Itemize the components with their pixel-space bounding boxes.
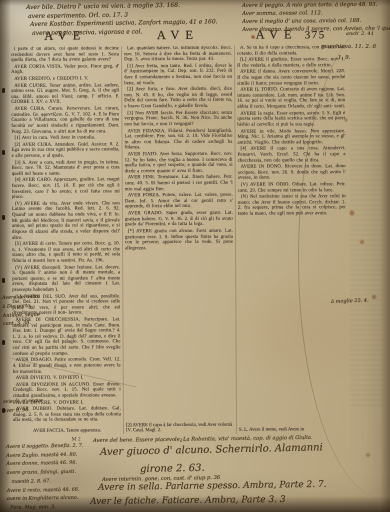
text-columns: i parte d' un altare, col quale dedussi … [9, 45, 349, 435]
entry-paragraph: [1] Aver in cura. Vedi Aver in custodia. [11, 135, 119, 141]
annotation-bottom-line-3: girone 2. 63. [140, 463, 205, 475]
entry-paragraph: (V) AVERE da vita. Aver onde vivere. Che… [12, 201, 120, 241]
column-2: Lat. quandam habere. Gr. infinitum dysco… [121, 46, 237, 435]
column-1-text: i parte d' un altare, col quale dedussi … [11, 46, 121, 429]
column-1-last-line: AVER FACCIA. Tenere apparenza. [13, 429, 121, 435]
entry-paragraph: AVERE il danno. Avere convenevole. Morel… [237, 70, 345, 87]
annotation-bottom-line-2: Aver giuoco d' alcuno. Schernirlo. Alama… [100, 442, 323, 458]
handwritten-note-line: aver 8. 96. [3, 405, 43, 415]
entry-paragraph: AVER FIDANZA. Fidarsi. Prendersi famigli… [124, 128, 232, 151]
entry-paragraph: Lat. quandam habere. Gr. infinitum dysco… [124, 46, 232, 63]
annotation-left-margin-mid: Avere del vetroà Dio porta,Antiope, segu… [2, 293, 41, 330]
entry-paragraph: AVER DISAGIO. Patire scomodo. Cron. Vell… [13, 358, 121, 375]
binding-stitch [2, 408, 5, 413]
entry-paragraph: [2] Aver furia, e fuso. Aver disdetto. d… [124, 87, 232, 110]
binding-stitch [2, 278, 5, 283]
column-3-last-line: S. L. Avere il nome, vedi Avere in [239, 427, 347, 433]
entry-paragraph: (N) Nel medesimo senso si usa che Aver c… [238, 194, 346, 217]
entry-paragraph: [2] AVER CURA. Attendere. Guid. Assicur.… [12, 142, 120, 159]
handwritten-note-line: Para. Mag. mm. 3. [7, 503, 84, 512]
entry-paragraph: i parte d' un altare, col quale dedussi … [11, 46, 119, 63]
entry-paragraph: [3] Non AVER faccia. Per Essere sfacciat… [124, 110, 232, 127]
entry-paragraph: AVER CUORE. Tener animo, ardire. Lat. au… [11, 83, 119, 106]
annotation-left-margin-low: sviegli, n' segueaver 8. 96. [3, 397, 43, 416]
annotation-bottom-left-list: Avere il soggetto. Benefiz. 2. 7.Avere Z… [6, 442, 85, 512]
binding-stitch [2, 215, 5, 220]
annotation-bottom-line-5: Avere in sella. Parlarne spesso. Ambra, … [98, 480, 327, 493]
entry-paragraph: [4] AVERE il capo a una cosa. Attendervi… [238, 146, 346, 163]
entry-paragraph: AVERE IN DONO. Ricevere in dono. Lat. do… [238, 164, 346, 181]
entry-paragraph: (V) AVERE discepoli. Tener lezione. Lat.… [12, 265, 120, 294]
binding-stitch [2, 150, 5, 155]
column-2-text: Lat. quandam habere. Gr. infinitum dysco… [124, 46, 234, 423]
annotation-right-margin: 1. 9. [338, 55, 350, 61]
binding-stitch [2, 340, 5, 345]
entry-paragraph: AVER FORZA. Potere, valere. Lat. valere,… [125, 193, 233, 210]
paper-scan: AVE AVE AVE375 i parte d' un altare, col… [0, 0, 390, 512]
entry-paragraph: [1] Aver fretta, non tanto. Red. I ordin… [124, 64, 232, 87]
column-3-text: A. Se tu ha il capo a checchessia, con g… [237, 45, 347, 428]
entry-paragraph: (V) AVERE IN ODIO. Odiare. Lat. odisse. … [238, 182, 346, 194]
column-3: A. Se tu ha il capo a checchessia, con g… [235, 45, 349, 434]
entry-paragraph: AVER IL TORTO. Contrario di avere ragion… [237, 87, 345, 110]
column-1: i parte d' un altare, col quale dedussi … [9, 46, 123, 435]
entry-paragraph: AVER FINE. Terminare. Lat. finem habere.… [125, 175, 233, 192]
entry-paragraph: [4] AVER CARO. Apprezzare, gradire. Lat.… [12, 178, 120, 201]
annotation-bottom-line-6: Aver le fatiche. Faticare. Ambra, Parte … [90, 495, 286, 507]
entry-paragraph: AVER DIVIETO. V. DIVIETO I. [13, 375, 121, 381]
entry-paragraph: AVER CORTA VISTA. Veder poco. Finor greg… [11, 64, 119, 76]
entry-paragraph: AVERE in vile. Modo basso. Non apprezzar… [237, 129, 345, 146]
printed-page: AVE AVE AVE375 i parte d' un altare, col… [9, 27, 349, 441]
entry-paragraph: AVER CURA. Curare. Perseverare. Lat. cur… [11, 106, 119, 135]
binding-stitch [2, 88, 5, 93]
photo-of-book-page: AVE AVE AVE375 i parte d' un altare, col… [0, 0, 390, 512]
annotation-top-right: Avere il peggio. A mio gran torto. à deg… [242, 1, 390, 35]
column-2-last-line: [2] AVERE il capo à far checchessia, ved… [126, 422, 234, 434]
entry-paragraph: AVER CREDITO, e CREDITO I. V. [11, 76, 119, 82]
entry-paragraph: [5] AVERE di certo. Tenere per certo. Bo… [12, 241, 120, 264]
entry-paragraph: [3] S. Aver a cura, vedi Aver in pregio,… [12, 160, 120, 177]
annotation-top-left: Aver bile. Dietro l' uscio mi vien. à mo… [26, 1, 218, 38]
entry-paragraph: [*] AVERE grazia con alcuno. Farsi amare… [125, 229, 233, 252]
annotation-top-right-small: anch' 2. 41 [346, 31, 374, 37]
entry-paragraph: AVERE la ragia. Esser esperto, astuto. I… [237, 111, 345, 128]
handwritten-note-line: cant. 3. 38. [3, 319, 41, 329]
entry-paragraph: AVER FIATO. Aver forza. Supportare. Bocc… [125, 152, 233, 175]
entry-paragraph: [L] AVERE il giudizio. Esser savio. Bocc… [237, 57, 345, 69]
entry-paragraph: AVER GRADO. Saper grado, esser grato. La… [125, 211, 233, 228]
annotation-right-margin: macchiava. 11. 2. 6 [321, 44, 376, 50]
